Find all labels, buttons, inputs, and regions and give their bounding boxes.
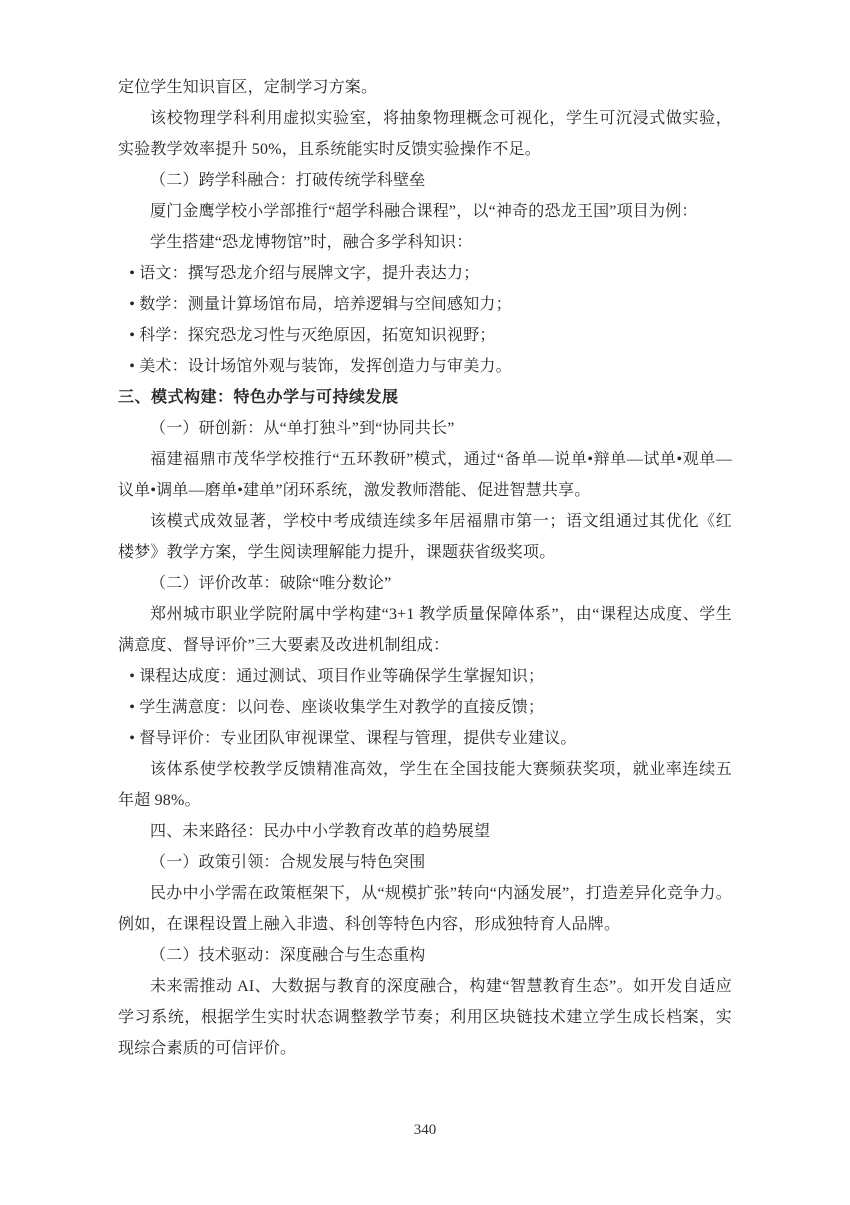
paragraph: （二）跨学科融合：打破传统学科壁垒 bbox=[118, 165, 732, 196]
paragraph: 该校物理学科利用虚拟实验室，将抽象物理概念可视化，学生可沉浸式做实验，实验教学效… bbox=[118, 103, 732, 165]
paragraph: 福建福鼎市茂华学校推行“五环教研”模式，通过“备单—说单•辩单—试单•观单—议单… bbox=[118, 444, 732, 506]
paragraph: （二）技术驱动：深度融合与生态重构 bbox=[118, 940, 732, 971]
bullet-item: • 课程达成度：通过测试、项目作业等确保学生掌握知识； bbox=[118, 661, 732, 692]
bullet-item: • 语文：撰写恐龙介绍与展牌文字，提升表达力； bbox=[118, 258, 732, 289]
bullet-item: • 学生满意度：以问卷、座谈收集学生对教学的直接反馈； bbox=[118, 692, 732, 723]
paragraph: 郑州城市职业学院附属中学构建“3+1 教学质量保障体系”，由“课程达成度、学生满… bbox=[118, 599, 732, 661]
paragraph: 该模式成效显著，学校中考成绩连续多年居福鼎市第一；语文组通过其优化《红楼梦》教学… bbox=[118, 506, 732, 568]
paragraph: （二）评价改革：破除“唯分数论” bbox=[118, 568, 732, 599]
section-heading: 三、模式构建：特色办学与可持续发展 bbox=[118, 382, 732, 413]
bullet-item: • 科学：探究恐龙习性与灭绝原因，拓宽知识视野； bbox=[118, 320, 732, 351]
bullet-item: • 美术：设计场馆外观与装饰，发挥创造力与审美力。 bbox=[118, 351, 732, 382]
paragraph: 四、未来路径：民办中小学教育改革的趋势展望 bbox=[118, 816, 732, 847]
paragraph: 学生搭建“恐龙博物馆”时，融合多学科知识： bbox=[118, 227, 732, 258]
paragraph: （一）研创新：从“单打独斗”到“协同共长” bbox=[118, 413, 732, 444]
paragraph: 该体系使学校教学反馈精准高效，学生在全国技能大赛频获奖项，就业率连续五年超 98… bbox=[118, 754, 732, 816]
bullet-item: • 数学：测量计算场馆布局，培养逻辑与空间感知力； bbox=[118, 289, 732, 320]
paragraph: 未来需推动 AI、大数据与教育的深度融合，构建“智慧教育生态”。如开发自适应学习… bbox=[118, 971, 732, 1064]
document-body: 定位学生知识盲区，定制学习方案。该校物理学科利用虚拟实验室，将抽象物理概念可视化… bbox=[118, 72, 732, 1064]
paragraph: 民办中小学需在政策框架下，从“规模扩张”转向“内涵发展”，打造差异化竞争力。例如… bbox=[118, 878, 732, 940]
document-page: 定位学生知识盲区，定制学习方案。该校物理学科利用虚拟实验室，将抽象物理概念可视化… bbox=[0, 0, 850, 1205]
page-number: 340 bbox=[0, 1122, 850, 1139]
paragraph: 定位学生知识盲区，定制学习方案。 bbox=[118, 72, 732, 103]
bullet-item: • 督导评价：专业团队审视课堂、课程与管理，提供专业建议。 bbox=[118, 723, 732, 754]
paragraph: 厦门金鹰学校小学部推行“超学科融合课程”，以“神奇的恐龙王国”项目为例： bbox=[118, 196, 732, 227]
paragraph: （一）政策引领：合规发展与特色突围 bbox=[118, 847, 732, 878]
